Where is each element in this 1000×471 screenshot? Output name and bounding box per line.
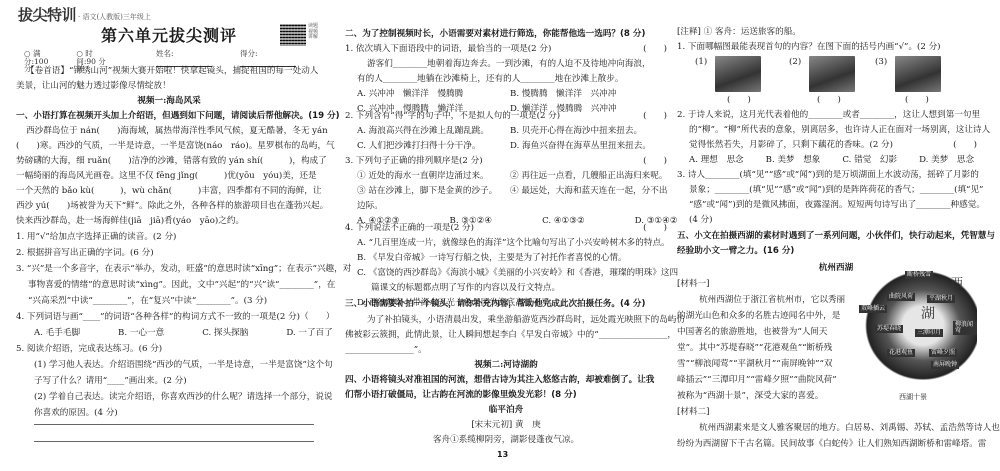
question-4-options: A. 毛手毛脚 B. 一心一意 C. 探头探脑 D. 一了百了 [34, 329, 364, 338]
answer-line[interactable] [34, 441, 314, 442]
option-a[interactable]: A. “几百里连成一片，就像绿色的海洋”这个比喻句写出了小兴安岭树木多的特点。 [357, 239, 679, 248]
s2-question-1: 1. 依次填入下面语段中的词语，最恰当的一项是(2 分)( ) [345, 45, 667, 54]
map-label: 曲院风荷 [887, 293, 915, 301]
material2-text: 纷纷为西湖留下千古名篇。民间故事《白蛇传》让人们熟知西湖断桥和雷峰塔。雷 [677, 440, 995, 449]
map-label: 苏堤春晓 [875, 325, 903, 333]
answer-paren[interactable]: ( ) [643, 157, 667, 166]
middle-page-column: 二、为了控制视频时长，小语需要对素材进行筛选，你能帮他选一选吗？(8 分) 1.… [345, 0, 667, 471]
passage-line: 西沙群岛位于 nán( )海海域，属热带海洋性季风气候，夏无酷暑，冬无 yán [4, 127, 356, 136]
section2-title: 二、为了控制视频时长，小语需要对素材进行筛选，你能帮他选一选吗？(8 分) [345, 30, 667, 39]
s2-question-3: 3. 下列句子正确的排列顺序是(2 分)( ) [345, 157, 667, 166]
left-page-column: 拔尖特训 · 语文(人教版)三年级上 第六单元拔尖测评 读题视频讲解 ○ 满分:… [4, 0, 334, 471]
section5-title: 五、小文在拍摄西湖的素材时遇到了一系列问题，小伙伴们，快行动起来，凭智慧与 [677, 232, 995, 241]
map-label: 平湖秋月 [927, 295, 955, 303]
question-3: 3. “兴”是一个多音字，在表示“举办，发动，旺盛”的意思时读“xīng”；在表… [16, 265, 346, 274]
qr-code-icon[interactable] [280, 24, 306, 46]
option-b[interactable]: B. 《早发白帝城》一诗写行船之快，主要是为了衬托作者喜悦的心情。 [357, 254, 679, 263]
passage-line: 快来西沙群岛，赴一场海鲜佳(jiā jiā)肴(yáo yāo)之约。 [16, 217, 346, 226]
r-question-2: 2. 于诗人来说，这月光代表着他的________或者________，这让人想… [677, 111, 995, 120]
brand-logo: 拔尖特训 [18, 8, 76, 23]
r-q3-cont: “感”或“闻”)到的是微风拂面，夜露湿润。短短两句诗写出了________种感觉… [689, 201, 1000, 210]
s2-q1-passage: 有的人________地躺在沙滩椅上，还有的人________地在沙滩上散步。 [357, 75, 679, 84]
passage-line: 一个天然的 bǎo kù( )，wù chǎn( )丰富，四季都有不同的海鲜，让 [16, 187, 346, 196]
question-5-1-cont: 子写了什么？请用“____”画出来。(2 分) [34, 377, 364, 386]
option-b[interactable]: B. 一心一意 [118, 329, 164, 338]
map-caption: 西湖十景 [899, 394, 1000, 401]
map-label: 花港观鱼 [887, 349, 915, 357]
question-5-2: (2) 学着自己表达。读完介绍语，你喜欢西沙的什么呢？请选择一个部分，说说 [34, 393, 364, 402]
video1-heading: 视频一:海岛风采 [4, 97, 334, 106]
map-char: 西 [951, 277, 963, 289]
r-question-1: 1. 下面哪幅图最能表现首句的内容？在图下面的括号内画“√”。(2 分) [677, 43, 995, 52]
option-d[interactable]: D. 美梦 思念 [919, 156, 974, 165]
s2-question-2: 2. 下列含有“得”字的句子中，不是拟人句的一项是(2 分)( ) [345, 112, 667, 121]
section1-title: 一、小语打算在视频开头加上介绍语，但遇到如下问题，请阅读后帮他解决。(19 分) [16, 112, 346, 121]
answer-line[interactable] [34, 424, 314, 425]
r-q2-options: A. 理想 思念 B. 美梦 想象 C. 错觉 幻影 D. 美梦 思念 [689, 156, 1000, 165]
question-5-1: (1) 学习他人表达。介绍语围绕“西沙的气质，一半是诗意，一半是富饶”这个句 [34, 361, 364, 370]
option-d[interactable]: D. 一了百了 [286, 329, 332, 338]
question-4: 4. 下列词语与画“____”的词语“各种各样”的构词方式不一致的一项是(2 分… [16, 313, 346, 322]
map-label: 断桥残雪 [905, 271, 933, 279]
moored-boat-image [895, 56, 941, 92]
annotation-note: [注释] ① 客舟：运送旅客的船。 [677, 28, 995, 37]
section3-title: 三、小语需要补拍一个镜头，请你补充内容，帮助他完成此次拍摄任务。(4 分) [345, 300, 667, 309]
r-q2-cont: 觉得怅然若失，月影碎了，只剩下藕花的香味。(2 分) ( ) [689, 141, 1000, 150]
section4-title-cont: 们帮小语打破僵局，让古韵在河流的影像里焕发光彩！(8 分) [345, 391, 667, 400]
qr-caption: 读题视频讲解 [308, 24, 322, 41]
map-label: 南屏晚钟 [931, 361, 959, 369]
s3-text: 佛被彩云簇拥，此情此景，让人瞬间想起李白《早发白帝城》中的“__________… [345, 331, 667, 340]
option-c[interactable]: C. 探头探脑 [202, 329, 248, 338]
option-a[interactable]: A. 毛手毛脚 [34, 329, 80, 338]
right-page-column: [注释] ① 客舟：运送旅客的船。 1. 下面哪幅图最能表现首句的内容？在图下面… [677, 0, 995, 471]
question-1: 1. 用“√”给加点字选择正确的读音。(2 分) [16, 233, 346, 242]
intro-line-1: 【卷首语】“锦绣山河”视频大赛开始啦！快拿起镜头，捕捉祖国的每一处动人 [4, 67, 356, 76]
r-q2-cont: 的“柳”。“柳”所代表的意象，别离居多，也许诗人正在面对一场别离，这让诗人 [689, 126, 1000, 135]
question-3-cont: “兴高采烈”中读“________”，在“复兴”中读“________”。(3 … [28, 297, 358, 306]
answer-paren[interactable]: ( ) [643, 45, 667, 54]
intro-line-2: 美景，让山河的魅力透过影像尽情绽放！ [16, 82, 346, 91]
question-5: 5. 阅读介绍语，完成表达练习。(6 分) [16, 345, 346, 354]
sentence-4-cont: 边际。 [357, 202, 679, 211]
subject-label: · 语文(人教版)三年级上 [78, 14, 151, 21]
poem-line: 客舟①系缆柳阴旁，湖影侵蓬夜气凉。 [345, 436, 667, 445]
r-q3-cont: 景象；________(填“见”“感”或“闻”)到的是阵阵荷花的香气；_____… [689, 186, 1000, 195]
option-c-cont: 篇课文的标题都点明了写作的内容以及行文特点。 [371, 284, 693, 293]
s3-text: 为了补拍镜头，小语清晨出发，乘坐游船游览西沙群岛时，远处霞光映照下的岛屿仿 [345, 316, 689, 325]
west-lake-map: 断桥残雪 曲院风荷 平湖秋月 双峰插云 苏堤春晓 三潭印月 柳浪闻莺 花港观鱼 … [857, 263, 977, 388]
poem-title: 临平泊舟 [345, 406, 667, 415]
section5-title-cont: 经验助小文一臂之力。(16 分) [677, 247, 995, 256]
s2-q1-passage: 游客们________地朝着海边奔去。一到沙滩，有的人迫不及待地冲向海浪， [345, 60, 689, 69]
option-c[interactable]: C. 《富饶的西沙群岛》《海滨小城》《美丽的小兴安岭》和《香港，璀璨的明珠》这四 [357, 269, 679, 278]
question-2: 2. 根据拼音写出正确的字词。(6 分) [16, 249, 346, 258]
passage-line: 一幅绮丽的海岛风光画卷。这里不仅 fēng jǐng( )优(yōu yóu)美… [16, 172, 346, 181]
map-label: 雷峰夕照 [929, 349, 957, 357]
map-label: 三潭印月 [915, 329, 943, 337]
answer-paren[interactable]: ( ) [643, 112, 667, 121]
poem-author: [宋末元初] 黄 庚 [345, 421, 667, 430]
s2-question-4: 4. 下列说法不正确的一项是(2 分)( ) [345, 224, 667, 233]
s3-text: ________________”。 [345, 346, 667, 355]
r-q3-score: (4 分) [689, 216, 1000, 225]
material2-label: [材料二] [677, 408, 995, 417]
answer-paren-3[interactable]: ( ) [905, 96, 1000, 105]
answer-paren[interactable]: ( ) [643, 224, 667, 233]
passage-line: 西沙 yú( )场被誉为天下“鲜”。除此之外，各种各样的旅游项目也在蓬勃兴起。 [16, 202, 346, 211]
willow-tree-image [715, 56, 761, 92]
option-a[interactable]: A. 理想 思念 [689, 156, 744, 165]
option-b[interactable]: B. 美梦 想象 [766, 156, 821, 165]
passage-line: 势磅礴的大海，细 ruǎn( )洁净的沙滩，错落有致的 yán shí( )，构… [16, 157, 346, 166]
map-char: 湖 [921, 307, 935, 321]
video2-heading: 视频二:河诗湖韵 [345, 361, 667, 370]
map-label: 柳浪闻莺 [953, 321, 977, 335]
passage-line: ( )寒。西沙的气质，一半是诗意，一半是富饶(náo ráo)。星罗棋布的岛屿，… [16, 142, 346, 151]
section4-title: 四、小语将镜头对准祖国的河流，想借古诗为其注入悠悠古韵，却被难倒了。让我 [345, 376, 667, 385]
boat-image [809, 56, 855, 92]
material2-text: 杭州西湖素来是文人雅客聚居的地方。白居易、刘禹锡、苏轼、孟浩然等诗人也 [677, 424, 1000, 433]
option-c[interactable]: C. 错觉 幻影 [842, 156, 897, 165]
page-number: 13 [497, 451, 508, 459]
question-5-2-cont: 你喜欢的原因。(4 分) [34, 409, 364, 418]
map-label: 双峰插云 [859, 305, 887, 313]
question-3-cont: 事物喜爱的情绪”的意思时读“xìng”。因此，文中“兴起”的“兴”读“_____… [28, 281, 358, 290]
r-question-3: 3. 诗人________(填“见”“感”或“闻”)到的是万顷湖面上水波动荡，摇… [677, 171, 995, 180]
